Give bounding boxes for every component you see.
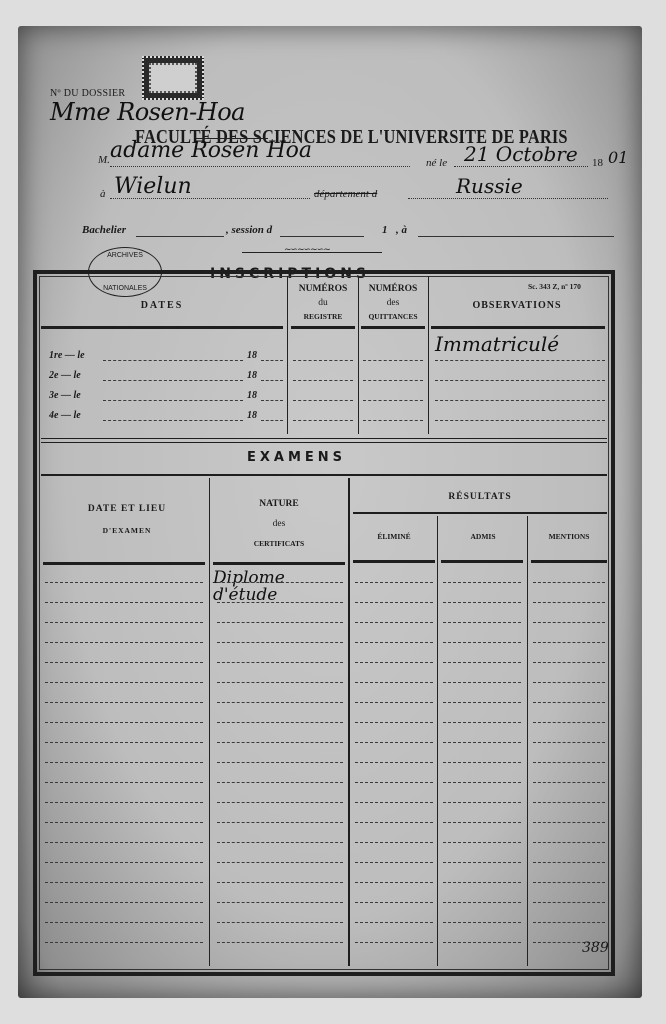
birth-date-line — [454, 166, 588, 167]
birthplace-field: Wielun — [114, 174, 192, 199]
birthplace-line — [110, 198, 310, 199]
department-line — [408, 198, 608, 199]
divider — [437, 516, 438, 966]
header-rule — [291, 326, 355, 329]
main-table: DATES NUMÉROS du REGISTRE NUMÉROS des QU… — [33, 270, 615, 976]
row-year: 18 — [247, 370, 257, 381]
birth-date-field: 21 Octobre — [464, 142, 578, 166]
col-dates: DATES — [47, 300, 277, 311]
col-elimine: ÉLIMINÉ — [351, 532, 437, 541]
col-mentions: MENTIONS — [529, 532, 609, 541]
handwritten-name: Mme Rosen-Hoa — [50, 98, 245, 126]
divider — [348, 478, 350, 966]
header-rule — [531, 560, 607, 563]
a-line — [418, 236, 614, 237]
section-rule — [41, 474, 607, 476]
header-rule — [213, 562, 345, 565]
header-rule — [43, 562, 205, 565]
row-year: 18 — [247, 350, 257, 361]
observation-value: Immatriculé — [435, 332, 559, 356]
row-ordinal: 2e — le — [49, 370, 81, 381]
col-resultats: RÉSULTATS — [351, 492, 609, 502]
nature-value: Diplome d'étude — [213, 570, 349, 604]
place-prefix: à — [100, 188, 106, 200]
record-card: Nº DU DOSSIER Mme Rosen-Hoa FACULTÉ DES … — [18, 26, 642, 998]
header-rule — [361, 326, 425, 329]
ornament-flourish: ~∽~∽~∽~ — [284, 245, 330, 255]
examens-title: EXAMENS — [247, 450, 346, 465]
resultats-brace — [353, 512, 607, 514]
col-observations: OBSERVATIONS — [429, 300, 605, 311]
header-rule — [353, 560, 435, 563]
col-registre: NUMÉROS du REGISTRE — [289, 282, 357, 324]
section-rule — [41, 442, 607, 443]
col-date-lieu: DATE ET LIEU D'EXAMEN — [47, 504, 207, 535]
department-field: Russie — [456, 174, 523, 198]
row-ordinal: 4e — le — [49, 410, 81, 421]
divider — [287, 276, 288, 434]
birth-year-field: 01 — [608, 148, 628, 167]
name-line — [110, 166, 410, 167]
a-label: , à — [396, 224, 407, 236]
col-quittances: NUMÉROS des QUITTANCES — [359, 282, 427, 324]
department-label: département d — [314, 188, 377, 200]
session-line — [280, 236, 364, 237]
row-year: 18 — [247, 390, 257, 401]
m-prefix: M. — [98, 154, 110, 166]
divider — [209, 478, 210, 966]
bachelier-label: Bachelier — [82, 224, 126, 236]
row-ordinal: 1re — le — [49, 350, 85, 361]
row-year: 18 — [247, 410, 257, 421]
header-rule — [41, 326, 283, 329]
row-ordinal: 3e — le — [49, 390, 81, 401]
folio-number: 389 — [582, 940, 609, 956]
col-nature: NATURE des CERTIFICATS — [211, 494, 347, 554]
name-field: adame Rosen Hoa — [110, 138, 312, 163]
session-value: 1 — [382, 224, 388, 236]
dossier-number-box — [142, 56, 204, 100]
divider — [527, 516, 528, 966]
stamp-line-1: ARCHIVES — [89, 252, 161, 259]
session-label: , session d — [226, 224, 272, 236]
born-label: né le — [426, 157, 447, 169]
header-rule — [431, 326, 605, 329]
col-admis: ADMIS — [439, 532, 527, 541]
section-rule — [41, 438, 607, 439]
year-prefix: 18 — [592, 157, 603, 169]
header-rule — [441, 560, 523, 563]
bachelier-line — [136, 236, 224, 237]
